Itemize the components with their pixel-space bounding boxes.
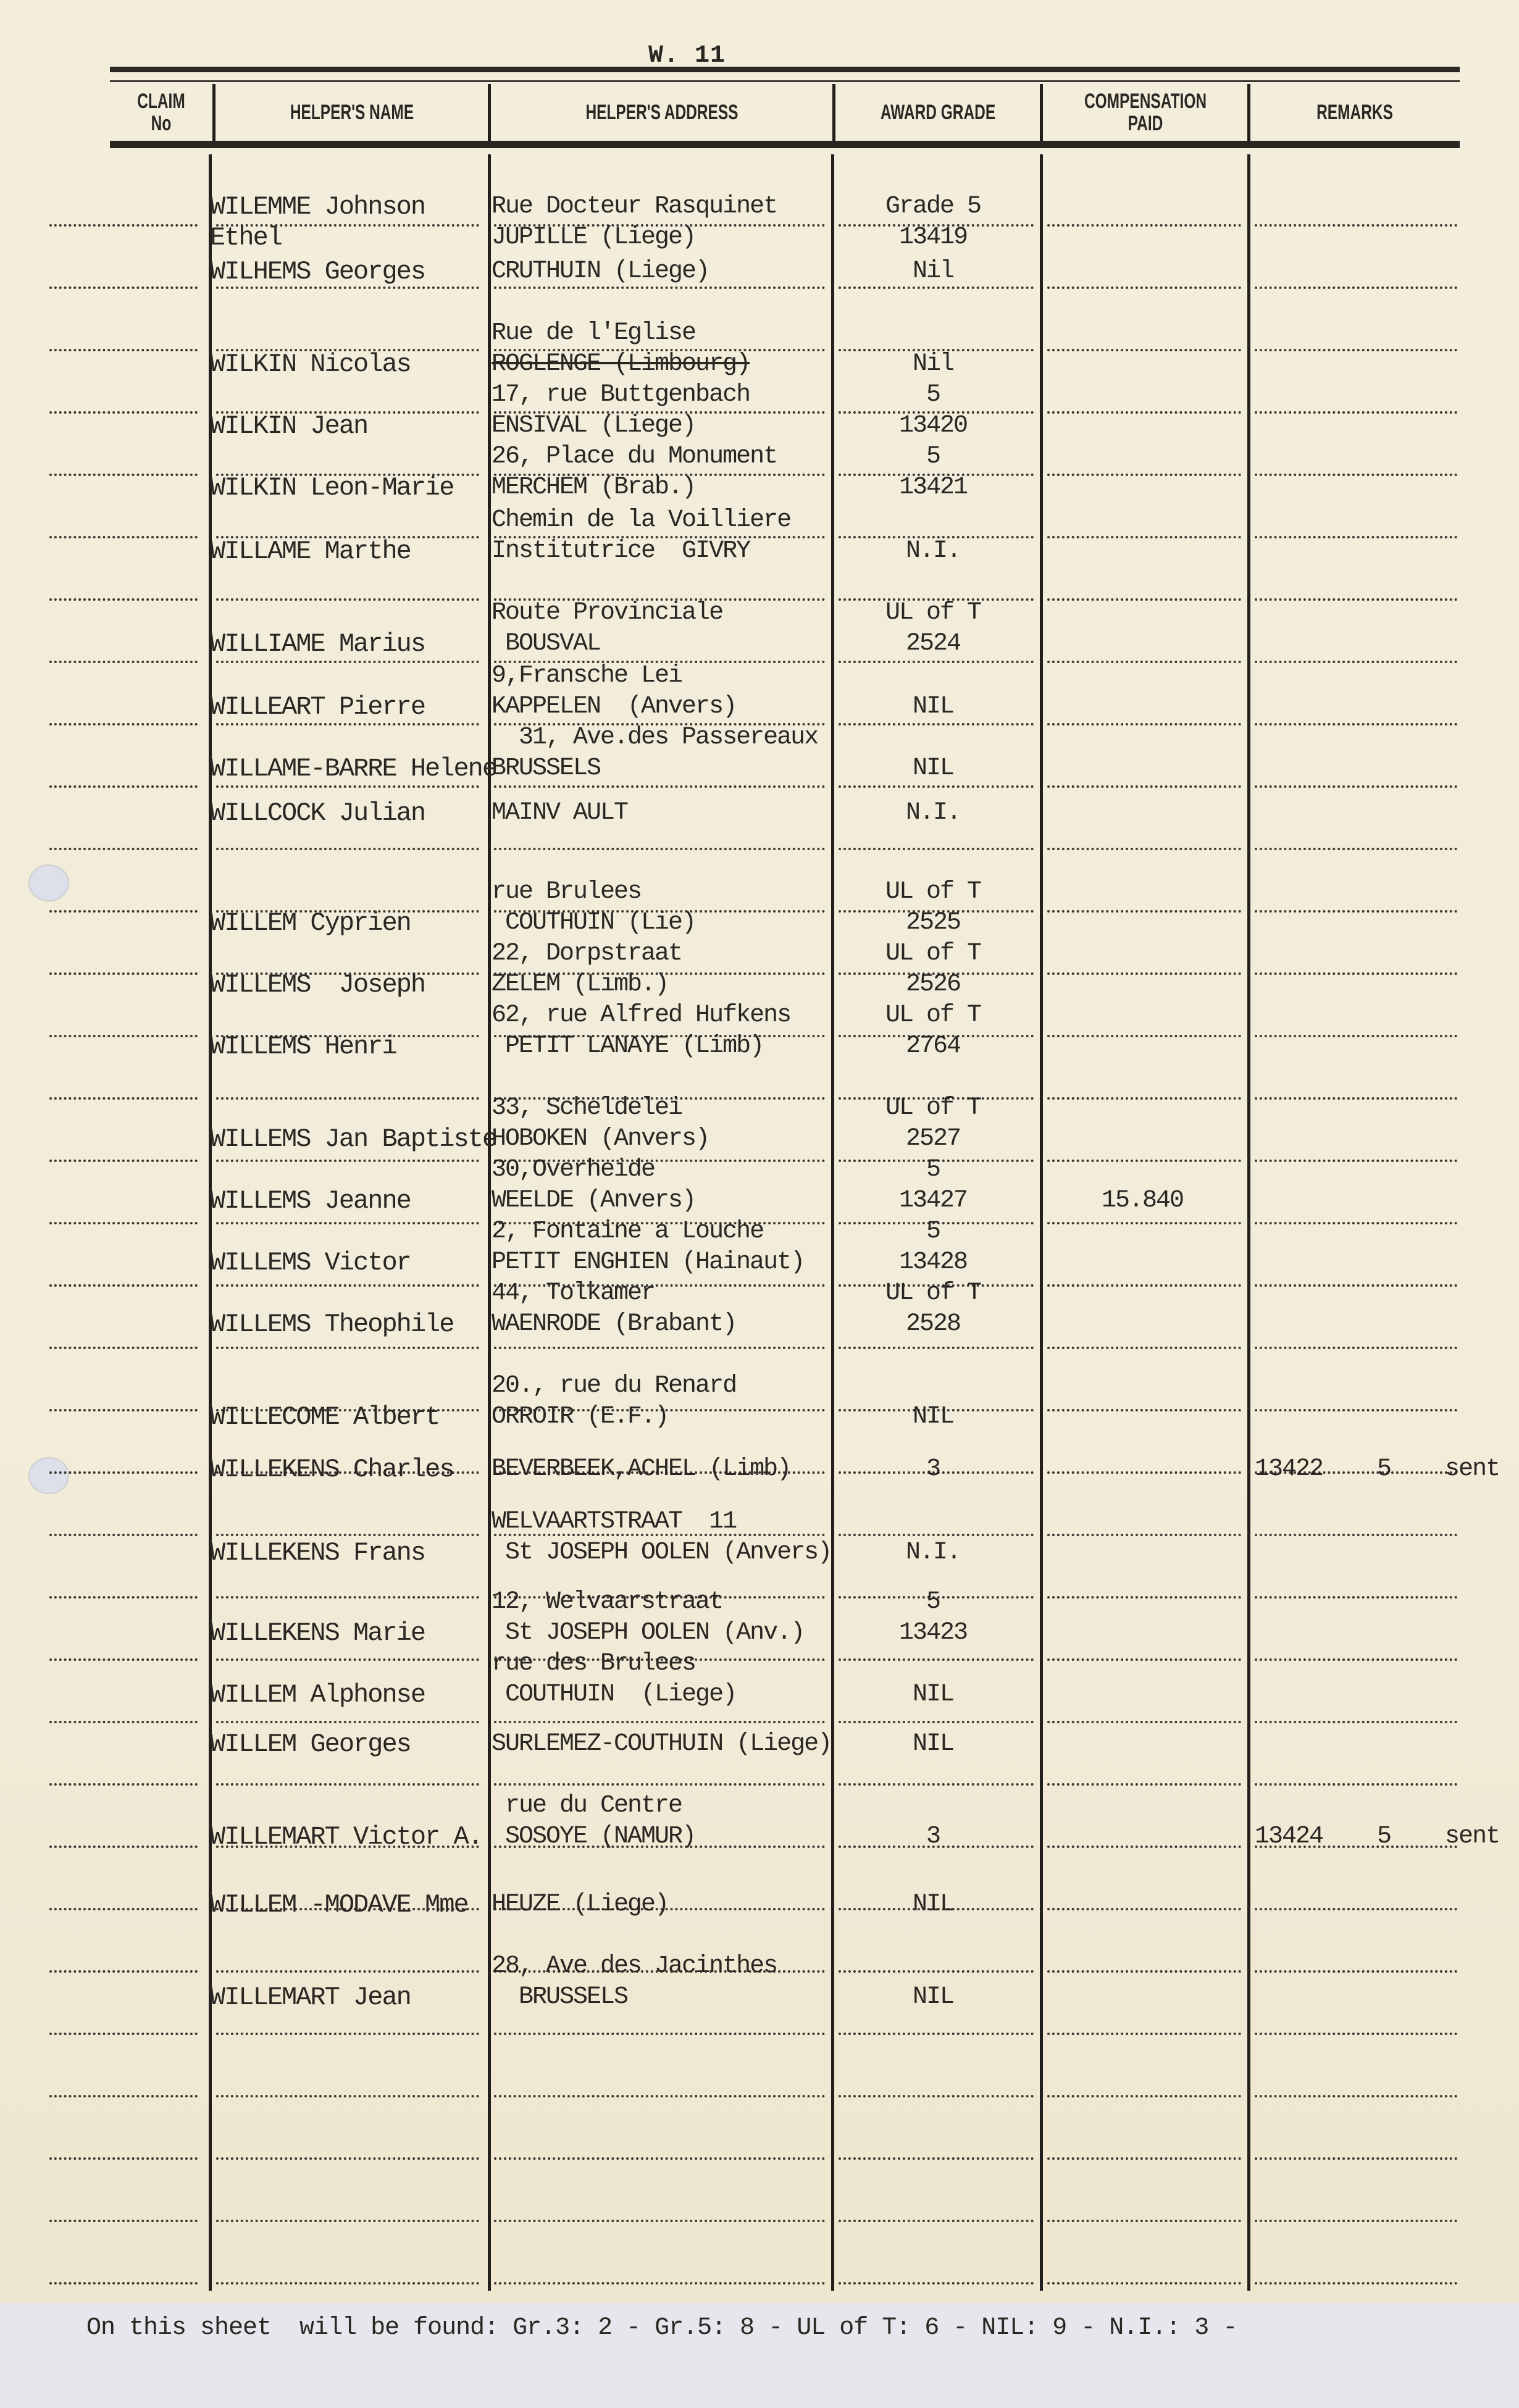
ruled-line	[49, 598, 198, 601]
ruled-line	[1047, 1347, 1241, 1349]
ruled-line	[1255, 1783, 1457, 1786]
header-divider	[1040, 84, 1043, 141]
award-grade: UL of T 2526	[837, 939, 1029, 1000]
ruled-line	[1255, 1160, 1457, 1162]
helper-name: WILLEMS Jeanne	[210, 1185, 411, 1216]
ruled-line	[1047, 1222, 1241, 1224]
ruled-line	[49, 1409, 198, 1411]
ruled-line	[216, 1097, 479, 1100]
header-bottom-rule	[110, 141, 1460, 148]
ruled-line	[216, 1970, 479, 1973]
award-grade: 5 13421	[837, 441, 1029, 503]
header-divider	[832, 84, 835, 141]
helper-address: rue Brulees COUTHUIN (Lie)	[492, 877, 695, 939]
ruled-line	[49, 910, 198, 913]
ruled-line	[494, 1783, 825, 1786]
ruled-line	[494, 2095, 825, 2097]
ruled-line	[839, 2033, 1034, 2035]
compensation-paid: 15.840	[1050, 1185, 1235, 1216]
ruled-line	[49, 2033, 198, 2035]
ruled-line	[839, 2282, 1034, 2285]
ruled-line	[494, 2220, 825, 2222]
ruled-line	[49, 1846, 198, 1848]
ruled-line	[1047, 2220, 1241, 2222]
ruled-line	[839, 848, 1034, 850]
helper-name: WILLEMS Jan Baptiste	[210, 1124, 496, 1155]
ruled-line	[839, 661, 1034, 663]
ruled-line	[216, 1783, 479, 1786]
ruled-line	[494, 2157, 825, 2160]
helper-name: WILLEMS Victor	[210, 1247, 411, 1278]
helper-name: WILLEART Pierre	[210, 692, 425, 722]
ruled-line	[216, 785, 479, 788]
ruled-line	[1255, 1534, 1457, 1536]
ruled-line	[1047, 286, 1241, 289]
helper-address: 2, Fontaine a Louche PETIT ENGHIEN (Hain…	[492, 1216, 804, 1278]
ruled-line	[1047, 474, 1241, 476]
award-grade: NIL	[837, 692, 1029, 722]
ruled-line	[839, 785, 1034, 788]
ruled-line	[1255, 910, 1457, 913]
helper-address: MAINV AULT	[492, 798, 627, 829]
ruled-line	[216, 1596, 479, 1599]
ruled-line	[49, 1534, 198, 1536]
ruled-line	[1047, 349, 1241, 351]
award-grade: Nil	[837, 349, 1029, 380]
ruled-line	[1047, 785, 1241, 788]
ruled-line	[494, 1721, 825, 1723]
helper-name: WILLEMS Henri	[210, 1031, 396, 1062]
helper-name: WILKIN Nicolas	[210, 349, 411, 380]
ruled-line	[1255, 661, 1457, 663]
award-grade: UL of T 2527	[837, 1093, 1029, 1155]
award-grade: NIL	[837, 1982, 1029, 2013]
award-grade: NIL	[837, 753, 1029, 784]
ruled-line	[839, 2157, 1034, 2160]
ruled-line	[839, 1347, 1034, 1349]
ruled-line	[1255, 1284, 1457, 1287]
ruled-line	[1047, 1160, 1241, 1162]
ruled-line	[1047, 910, 1241, 913]
ruled-line	[216, 2095, 479, 2097]
helper-name: WILLAME Marthe	[210, 536, 411, 567]
ruled-line	[1255, 1097, 1457, 1100]
ruled-line	[1047, 2033, 1241, 2035]
helper-name: WILLEM -MODAVE Mme	[210, 1889, 468, 1920]
ruled-line	[1047, 1783, 1241, 1786]
ruled-line	[494, 848, 825, 850]
helper-name: WILLEKENS Marie	[210, 1618, 425, 1649]
header-divider	[212, 84, 216, 141]
top-thin-rule	[110, 80, 1460, 82]
ruled-line	[49, 1970, 198, 1973]
ruled-line	[1047, 1534, 1241, 1536]
ruled-line	[49, 1284, 198, 1287]
ruled-line	[1047, 1596, 1241, 1599]
ruled-line	[216, 848, 479, 850]
ruled-line	[49, 785, 198, 788]
award-grade: 5 13420	[837, 380, 1029, 441]
ruled-line	[216, 1284, 479, 1287]
helper-address: rue des Brulees COUTHUIN (Liege)	[492, 1649, 736, 1710]
ruled-line	[216, 2220, 479, 2222]
ruled-line	[49, 536, 198, 538]
helper-address: Rue Docteur Rasquinet JUPILLE (Liege)	[492, 191, 777, 253]
helper-name: WILLEMART Victor A.	[210, 1821, 482, 1852]
ruled-line	[216, 1347, 479, 1349]
header-helper-name: HELPER'S NAME	[254, 86, 450, 140]
ruled-line	[1255, 2220, 1457, 2222]
helper-address: Route Provinciale BOUSVAL	[492, 598, 722, 659]
ruled-line	[49, 848, 198, 850]
ruled-line	[1255, 2095, 1457, 2097]
ruled-line	[49, 2095, 198, 2097]
helper-address: 31, Ave.des Passereaux BRUSSELS	[492, 722, 818, 784]
ruled-line	[1255, 224, 1457, 227]
helper-address: 17, rue Buttgenbach ENSIVAL (Liege)	[492, 380, 750, 441]
helper-address: 12, Welvaarstraat St JOSEPH OOLEN (Anv.)	[492, 1587, 804, 1649]
ruled-line	[1255, 536, 1457, 538]
award-grade: NIL	[837, 1679, 1029, 1710]
helper-name: WILLEMS Joseph	[210, 969, 425, 1000]
ruled-line	[1255, 1970, 1457, 1973]
ruled-line	[49, 972, 198, 975]
column-divider	[1247, 154, 1250, 2291]
helper-name: WILHEMS Georges	[210, 256, 425, 287]
ruled-line	[1255, 1347, 1457, 1349]
helper-address: 62, rue Alfred Hufkens PETIT LANAYE (Lim…	[492, 1000, 790, 1062]
ruled-line	[1047, 224, 1241, 227]
ruled-line	[1047, 848, 1241, 850]
helper-name: WILLEM Alphonse	[210, 1679, 425, 1710]
award-grade: N.I.	[837, 1537, 1029, 1568]
ruled-line	[49, 224, 198, 227]
award-grade: Grade 5 13419	[837, 191, 1029, 253]
helper-address: 28, Ave des Jacinthes BRUSSELS	[492, 1951, 777, 2013]
helper-name: WILLEM Cyprien	[210, 908, 411, 939]
ruled-line	[1047, 1721, 1241, 1723]
helper-address: WELVAARTSTRAAT 11 St JOSEPH OOLEN (Anver…	[492, 1507, 831, 1568]
helper-name: WILKIN Jean	[210, 411, 367, 441]
ruled-line	[1255, 785, 1457, 788]
ruled-line	[1047, 1471, 1241, 1474]
award-grade: 5 13423	[837, 1587, 1029, 1649]
ruled-line	[839, 1970, 1034, 1973]
award-grade: NIL	[837, 1729, 1029, 1760]
helper-address: Chemin de la Voilliere Institutrice GIVR…	[492, 505, 790, 567]
ruled-line	[1047, 1658, 1241, 1661]
ruled-line	[1047, 1970, 1241, 1973]
ruled-line	[216, 1721, 479, 1723]
punch-hole	[28, 864, 69, 901]
ruled-line	[216, 1160, 479, 1162]
ruled-line	[49, 1222, 198, 1224]
award-grade: N.I.	[837, 536, 1029, 567]
sheet-summary: On this sheet will be found: Gr.3: 2 - G…	[86, 2314, 1237, 2342]
helper-name: WILEMME Johnson Ethel	[210, 191, 425, 253]
ruled-line	[49, 1596, 198, 1599]
ruled-line	[49, 1035, 198, 1037]
ruled-line	[1255, 1908, 1457, 1910]
ruled-line	[839, 2220, 1034, 2222]
award-grade: N.I.	[837, 798, 1029, 829]
ruled-line	[1255, 2157, 1457, 2160]
ruled-line	[1255, 2033, 1457, 2035]
ruled-line	[494, 2033, 825, 2035]
ruled-line	[1255, 1658, 1457, 1661]
ruled-line	[1255, 2282, 1457, 2285]
award-grade: UL of T 2528	[837, 1278, 1029, 1340]
ruled-line	[1047, 2095, 1241, 2097]
ruled-line	[1047, 1846, 1241, 1848]
award-grade: 3	[837, 1454, 1029, 1485]
award-grade: 5 13428	[837, 1216, 1029, 1278]
ruled-line	[839, 1534, 1034, 1536]
helper-address: BEVERBEEK,ACHEL (Limb)	[492, 1454, 790, 1485]
ruled-line	[49, 1471, 198, 1474]
header-divider	[488, 84, 491, 141]
header-award-grade: AWARD GRADE	[864, 86, 1011, 140]
ruled-line	[1255, 1222, 1457, 1224]
header-divider	[1247, 84, 1250, 141]
ruled-line	[1255, 1721, 1457, 1723]
award-grade: UL of T 2524	[837, 598, 1029, 659]
ruled-line	[49, 474, 198, 476]
remarks: 13424 5 sent	[1255, 1821, 1458, 1852]
helper-address: 44, Tolkamer WAENRODE (Brabant)	[492, 1278, 736, 1340]
ruled-line	[216, 1222, 479, 1224]
ruled-line	[49, 723, 198, 725]
ruled-line	[1047, 2157, 1241, 2160]
header-claim-no: CLAIM No	[124, 86, 198, 140]
ruled-line	[1255, 723, 1457, 725]
award-grade: 3	[837, 1821, 1029, 1852]
award-grade: 5 13427	[837, 1155, 1029, 1216]
ruled-line	[49, 2282, 198, 2285]
ruled-line	[216, 2282, 479, 2285]
ruled-line	[49, 1908, 198, 1910]
column-divider	[1040, 154, 1043, 2291]
ruled-line	[216, 723, 479, 725]
ruled-line	[1255, 1409, 1457, 1411]
ruled-line	[839, 1721, 1034, 1723]
column-divider	[488, 154, 491, 2291]
ruled-line	[494, 2282, 825, 2285]
ruled-line	[1047, 411, 1241, 414]
helper-name: WILKIN Leon-Marie	[210, 472, 453, 503]
remarks: 13422 5 sent	[1255, 1454, 1458, 1485]
award-grade: UL of T 2525	[837, 877, 1029, 939]
ruled-line	[49, 1721, 198, 1723]
award-grade: UL of T 2764	[837, 1000, 1029, 1062]
ruled-line	[1047, 1035, 1241, 1037]
ruled-line	[839, 2095, 1034, 2097]
helper-address: 33, Scheldelei HOBOKEN (Anvers)	[492, 1093, 709, 1155]
ruled-line	[839, 1783, 1034, 1786]
sheet-number: W. 11	[648, 42, 726, 70]
ruled-line	[216, 661, 479, 663]
ruled-line	[216, 598, 479, 601]
ruled-line	[1255, 349, 1457, 351]
ruled-line	[216, 1658, 479, 1661]
helper-name: WILLIAME Marius	[210, 629, 425, 659]
top-rule	[110, 67, 1460, 72]
ruled-line	[1047, 661, 1241, 663]
ruled-line	[49, 1783, 198, 1786]
ruled-line	[1255, 848, 1457, 850]
helper-address: Rue de l'Eglise ROGLENGE (Limbourg)	[492, 318, 750, 380]
helper-address: 9,Fransche Lei KAPPELEN (Anvers)	[492, 661, 736, 722]
ruled-line	[1255, 411, 1457, 414]
helper-name: WILLECOME Albert	[210, 1402, 439, 1432]
ruled-line	[1047, 536, 1241, 538]
helper-name: WILLEMART Jean	[210, 1982, 411, 2013]
ruled-line	[1047, 2282, 1241, 2285]
helper-name: WILLEKENS Charles	[210, 1454, 453, 1485]
ruled-line	[1047, 1908, 1241, 1910]
header-helper-address: HELPER'S ADDRESS	[539, 86, 784, 140]
ruled-line	[1255, 474, 1457, 476]
helper-name: WILLAME-BARRE Helene	[210, 753, 496, 784]
ruled-line	[49, 2157, 198, 2160]
ruled-line	[49, 411, 198, 414]
ruled-line	[49, 1097, 198, 1100]
ruled-line	[49, 1347, 198, 1349]
ruled-line	[839, 723, 1034, 725]
helper-address: CRUTHUIN (Liege)	[492, 256, 709, 287]
ruled-line	[494, 1347, 825, 1349]
ruled-line	[839, 1658, 1034, 1661]
helper-address: rue du Centre SOSOYE (NAMUR)	[492, 1791, 695, 1852]
helper-address: 20., rue du Renard ORROIR (E.F.)	[492, 1371, 736, 1432]
ruled-line	[49, 349, 198, 351]
ruled-line	[49, 661, 198, 663]
helper-address: HEUZE (Liege)	[492, 1889, 668, 1920]
ruled-line	[216, 2033, 479, 2035]
ruled-line	[1255, 1035, 1457, 1037]
ruled-line	[1047, 1284, 1241, 1287]
helper-name: WILLEM Georges	[210, 1729, 411, 1760]
header-compensation-paid: COMPENSATION PAID	[1072, 86, 1219, 140]
ruled-line	[216, 2157, 479, 2160]
ruled-line	[1047, 598, 1241, 601]
award-grade: NIL	[837, 1889, 1029, 1920]
ruled-line	[1255, 972, 1457, 975]
ruled-line	[1047, 972, 1241, 975]
ruled-line	[1255, 1596, 1457, 1599]
punch-hole	[28, 1457, 69, 1494]
helper-name: WILLEMS Theophile	[210, 1309, 453, 1340]
award-grade: Nil	[837, 256, 1029, 287]
column-divider	[831, 154, 834, 2291]
helper-address: 22, Dorpstraat ZELEM (Limb.)	[492, 939, 682, 1000]
ruled-line	[216, 1534, 479, 1536]
award-grade: NIL	[837, 1402, 1029, 1432]
ruled-line	[1047, 723, 1241, 725]
ruled-line	[1255, 598, 1457, 601]
ruled-line	[49, 2220, 198, 2222]
helper-name: WILLEKENS Frans	[210, 1537, 425, 1568]
helper-address: 26, Place du Monument MERCHEM (Brab.)	[492, 441, 777, 503]
helper-name: WILLCOCK Julian	[210, 798, 425, 829]
ruled-line	[49, 1160, 198, 1162]
header-remarks: REMARKS	[1280, 86, 1429, 140]
ruled-line	[49, 1658, 198, 1661]
ruled-line	[1255, 286, 1457, 289]
helper-address: 30,Overheide WEELDE (Anvers)	[492, 1155, 695, 1216]
ruled-line	[1047, 1097, 1241, 1100]
ruled-line	[1047, 1409, 1241, 1411]
ruled-line	[494, 785, 825, 788]
ruled-line	[49, 286, 198, 289]
helper-address: SURLEMEZ-COUTHUIN (Liege)	[492, 1729, 831, 1760]
